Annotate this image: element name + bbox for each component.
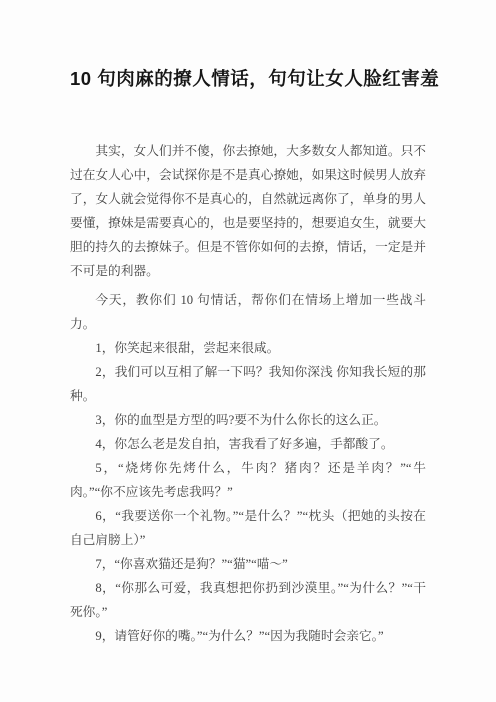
paragraph: 今天，教你们 10 句情话，帮你们在情场上增加一些战斗力。 bbox=[70, 288, 426, 336]
article-title: 10 句肉麻的撩人情话，句句让女人脸红害羞 bbox=[70, 66, 426, 92]
paragraph: 3，你的血型是方型的吗?要不为什么你长的这么正。 bbox=[70, 408, 426, 432]
paragraph: 9，请管好你的嘴。”“为什么？”“因为我随时会亲它。” bbox=[70, 624, 426, 648]
paragraph: 2，我们可以互相了解一下吗？我知你深浅 你知我长短的那种。 bbox=[70, 360, 426, 408]
paragraph: 8，“你那么可爱，我真想把你扔到沙漠里。”“为什么？”“干死你。” bbox=[70, 576, 426, 624]
paragraph: 4，你怎么老是发自拍，害我看了好多遍，手都酸了。 bbox=[70, 432, 426, 456]
paragraph: 1，你笑起来很甜，尝起来很咸。 bbox=[70, 336, 426, 360]
article-body: 其实，女人们并不傻，你去撩她，大多数女人都知道。只不过在女人心中，会试探你是不是… bbox=[70, 139, 426, 648]
paragraph: 6，“我要送你一个礼物。”“是什么？”“枕头（把她的头按在自己肩膀上）” bbox=[70, 504, 426, 552]
paragraph: 7，“你喜欢猫还是狗？”“猫”“喵～” bbox=[70, 552, 426, 576]
paragraph: 5，“烧烤你先烤什么，牛肉？猪肉？还是羊肉？”“牛肉。”“你不应该先考虑我吗？” bbox=[70, 456, 426, 504]
paragraph: 其实，女人们并不傻，你去撩她，大多数女人都知道。只不过在女人心中，会试探你是不是… bbox=[70, 139, 426, 283]
document-page: 10 句肉麻的撩人情话，句句让女人脸红害羞 其实，女人们并不傻，你去撩她，大多数… bbox=[0, 0, 496, 702]
